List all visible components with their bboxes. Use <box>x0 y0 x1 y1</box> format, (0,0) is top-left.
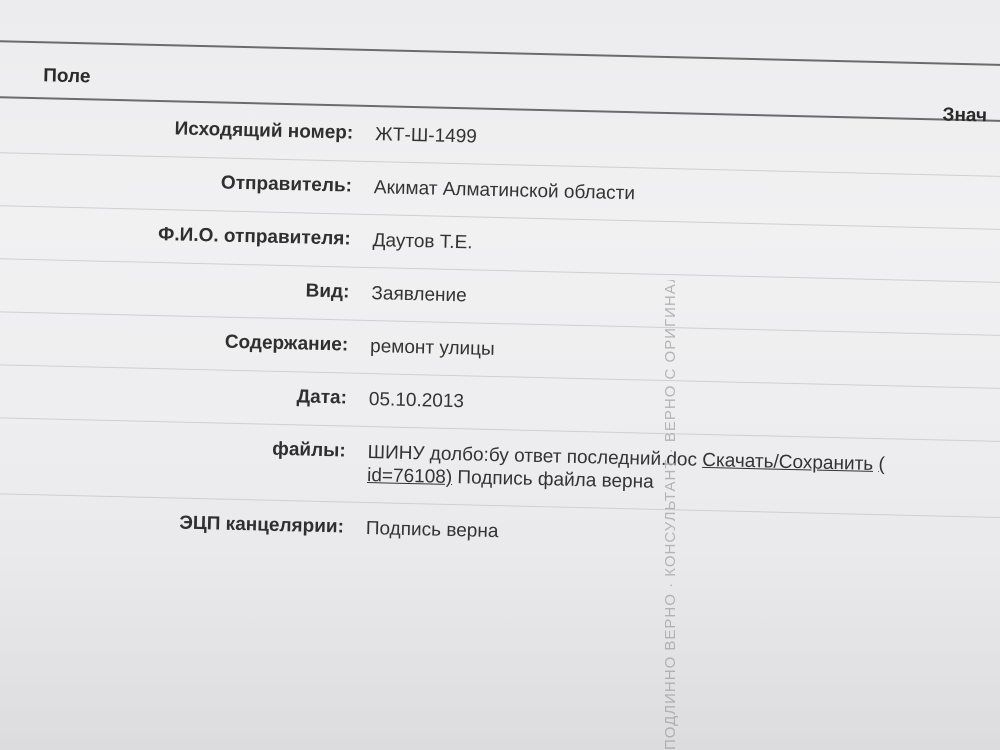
field-label: Ф.И.О. отправителя: <box>0 205 373 267</box>
column-header-value: Знач <box>942 104 987 127</box>
file-id-link[interactable]: id=76108) <box>367 465 453 488</box>
field-label: Вид: <box>0 258 372 320</box>
field-label: Дата: <box>0 364 370 426</box>
document-sheet: Поле Знач Исходящий номер: ЖТ-Ш-1499 Отп… <box>0 0 1000 572</box>
printed-page: Поле Знач Исходящий номер: ЖТ-Ш-1499 Отп… <box>0 0 1000 750</box>
field-label: Отправитель: <box>0 152 375 214</box>
field-label: Исходящий номер: <box>0 100 376 162</box>
photo-shadow <box>0 560 1000 750</box>
field-label: файлы: <box>0 417 368 502</box>
file-signature-status: Подпись файла верна <box>457 467 654 493</box>
field-label: ЭЦП канцелярии: <box>0 493 366 555</box>
download-link[interactable]: Скачать/Сохранить <box>702 450 873 475</box>
column-header-field: Поле <box>43 65 91 88</box>
field-label: Содержание: <box>0 311 371 373</box>
certification-stamp: ПОДЛИННО ВЕРНО · КОНСУЛЬТАНТ · ВЕРНО С О… <box>662 280 684 750</box>
document-fields-table: Исходящий номер: ЖТ-Ш-1499 Отправитель: … <box>0 100 1000 572</box>
file-id-link-open[interactable]: ( <box>878 454 885 475</box>
